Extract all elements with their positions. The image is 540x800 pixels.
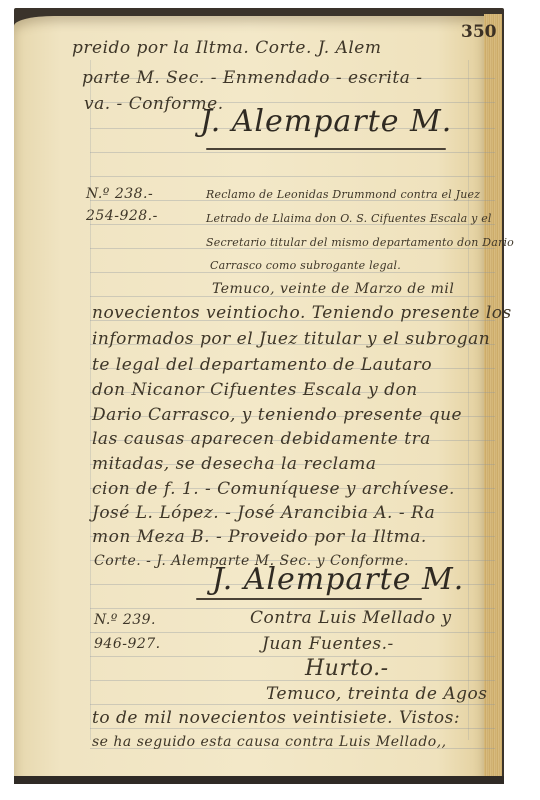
signature: J. Alemparte M. <box>212 562 464 597</box>
book-bottom-shadow <box>14 776 504 784</box>
signature-underline <box>206 148 446 150</box>
body-line: mon Meza B. - Proveido por la Iltma. <box>92 527 427 547</box>
body-line: don Nicanor Cifuentes Escala y don <box>92 380 418 400</box>
summary-line: Secretario titular del mismo departament… <box>206 236 514 249</box>
parties-line: Contra Luis Mellado y <box>250 608 452 628</box>
body-line: Temuco, treinta de Agos <box>266 684 487 704</box>
body-line: cion de f. 1. - Comuníquese y archívese. <box>92 479 455 499</box>
summary-line: Letrado de Llaima don O. S. Cifuentes Es… <box>206 212 492 225</box>
body-line: te legal del departamento de Lautaro <box>92 355 432 375</box>
entry-number: N.º 239. <box>94 612 156 628</box>
body-line: José L. López. - José Arancibia A. - Ra <box>92 503 435 523</box>
body-line: Dario Carrasco, y teniendo presente que <box>92 405 462 425</box>
text-line: parte M. Sec. - Enmendado - escrita - <box>82 68 423 88</box>
summary-line: Carrasco como subrogante legal. <box>210 259 401 272</box>
signature-underline <box>196 598 422 600</box>
entry-number: N.º 238.- <box>86 186 153 202</box>
signature: J. Alemparte M. <box>200 104 452 139</box>
entry-file-ref: 254-928.- <box>86 208 158 224</box>
body-line: novecientos veintiocho. Teniendo present… <box>92 303 512 323</box>
body-line: las causas aparecen debidamente tra <box>92 429 431 449</box>
body-line: to de mil novecientos veintisiete. Visto… <box>92 708 460 728</box>
parties-line: Juan Fuentes.- <box>262 634 394 654</box>
text-line: preido por la Iltma. Corte. J. Alem <box>72 38 381 58</box>
body-line: mitadas, se desecha la reclama <box>92 454 377 474</box>
body-line: informados por el Juez titular y el subr… <box>92 329 490 349</box>
body-line: Temuco, veinte de Marzo de mil <box>212 281 454 297</box>
summary-line: Reclamo de Leonidas Drummond contra el J… <box>206 188 480 201</box>
body-line: se ha seguido esta causa contra Luis Mel… <box>92 734 447 750</box>
page-number: 350 <box>461 22 497 42</box>
offense-title: Hurto.- <box>305 656 389 681</box>
entry-file-ref: 946-927. <box>94 636 161 652</box>
